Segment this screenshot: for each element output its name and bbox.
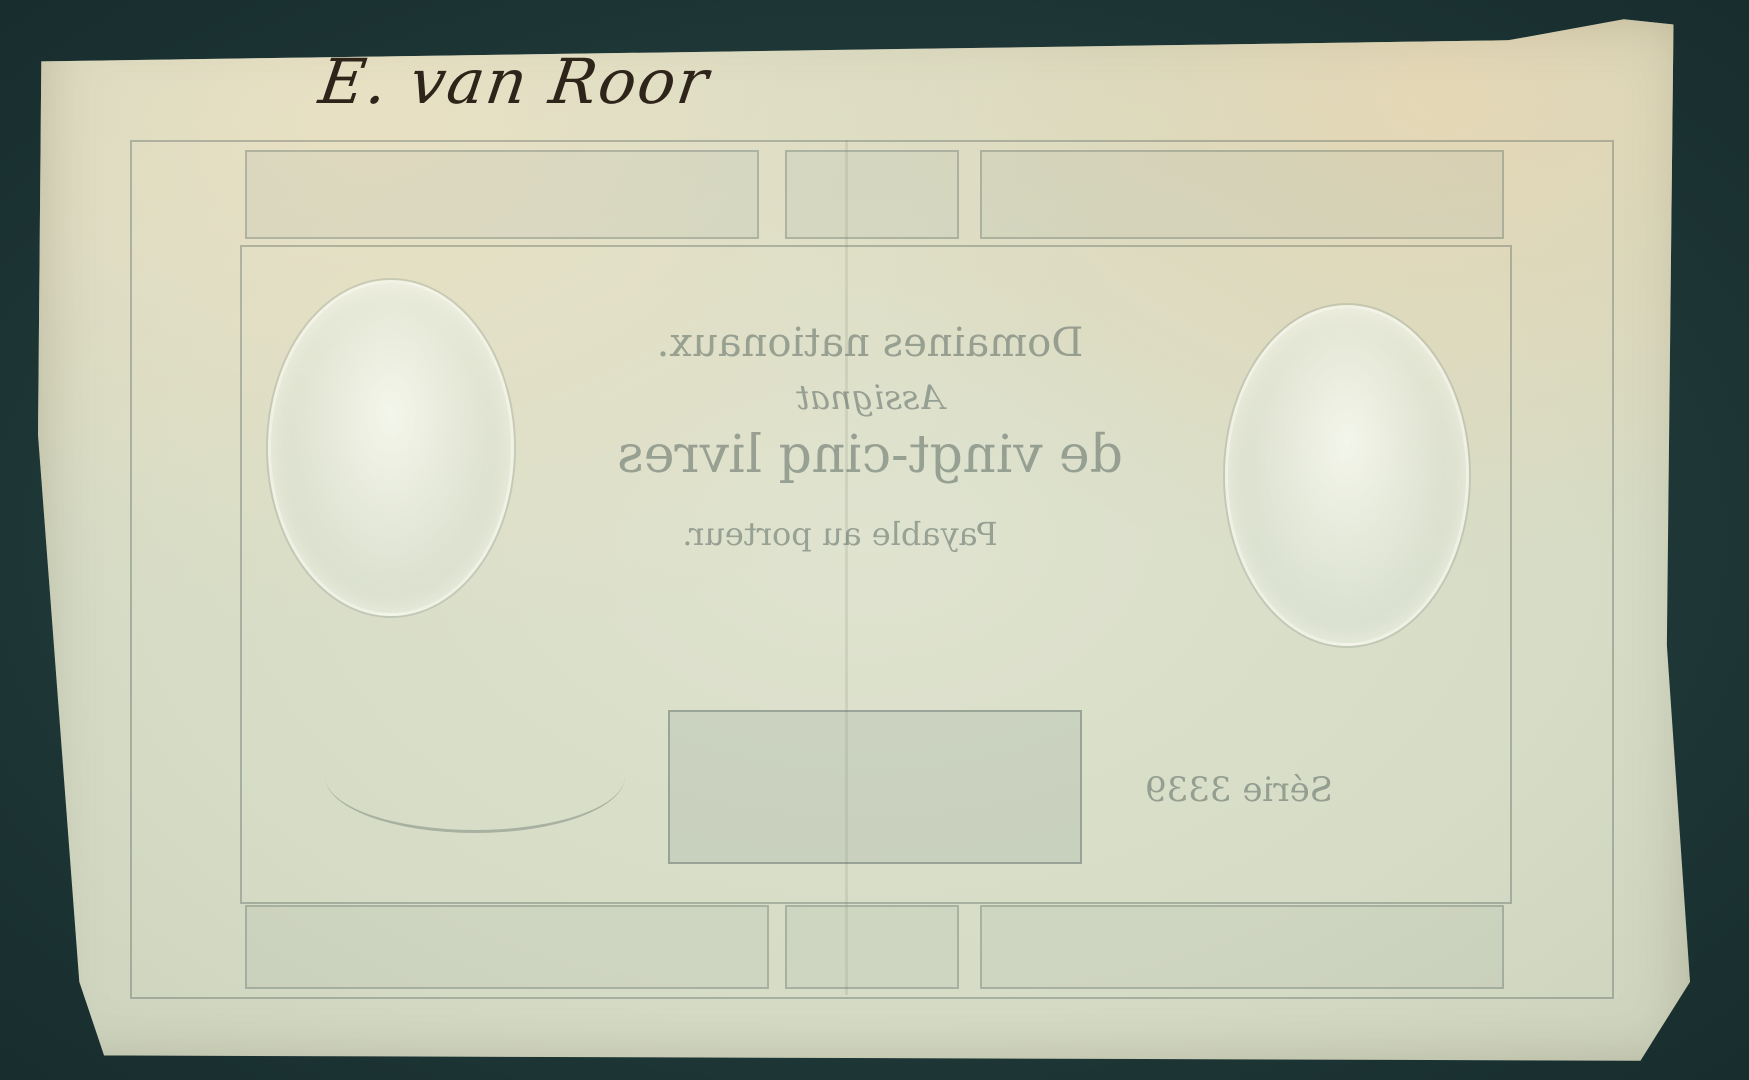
embossed-medallion-left xyxy=(268,280,514,616)
top-center-panel xyxy=(785,150,959,239)
bottom-center-panel xyxy=(785,905,959,989)
top-right-panel xyxy=(980,150,1504,239)
paper-crease xyxy=(845,140,848,995)
mirrored-serial: Série 3339 xyxy=(1145,770,1333,810)
mirrored-line-3: de vingt-cinq livres xyxy=(510,425,1230,485)
mirrored-line-2: Assignat xyxy=(620,378,1120,418)
handwritten-inscription: E. van Roor xyxy=(315,45,715,118)
mirrored-signature xyxy=(325,720,625,833)
top-left-panel xyxy=(245,150,759,239)
embossed-medallion-right xyxy=(1225,305,1469,646)
mirrored-line-4: Payable au porteur. xyxy=(560,515,1120,553)
bottom-left-panel xyxy=(245,905,769,989)
mirrored-line-1: Domaines nationaux. xyxy=(520,320,1220,366)
dry-seal-box xyxy=(668,710,1082,864)
bottom-right-panel xyxy=(980,905,1504,989)
